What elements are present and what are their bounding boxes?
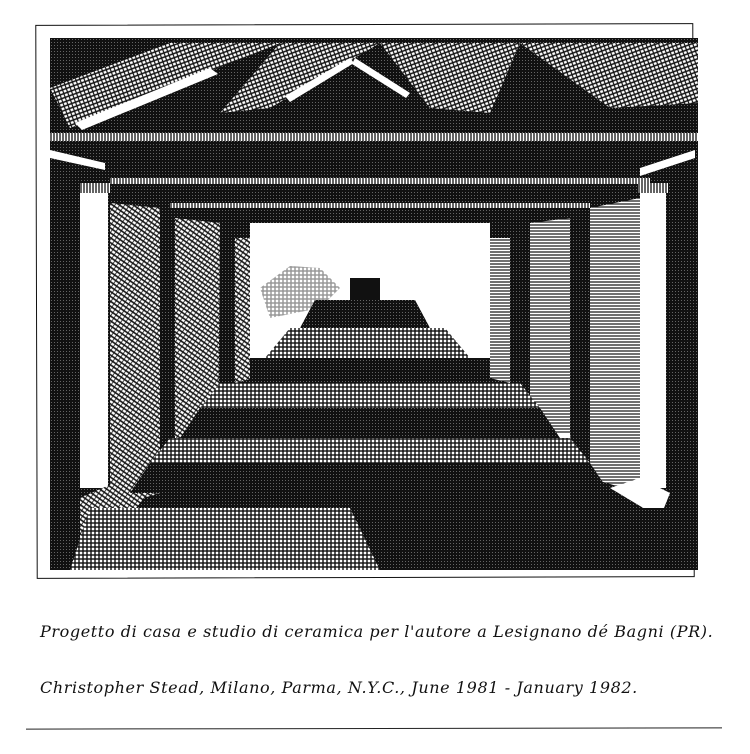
caption-project-title: Progetto di casa e studio di ceramica pe… bbox=[40, 622, 720, 641]
caption-divider bbox=[26, 727, 722, 729]
ink-drawing bbox=[50, 38, 698, 570]
caption-author-dates: Christopher Stead, Milano, Parma, N.Y.C.… bbox=[40, 678, 720, 697]
